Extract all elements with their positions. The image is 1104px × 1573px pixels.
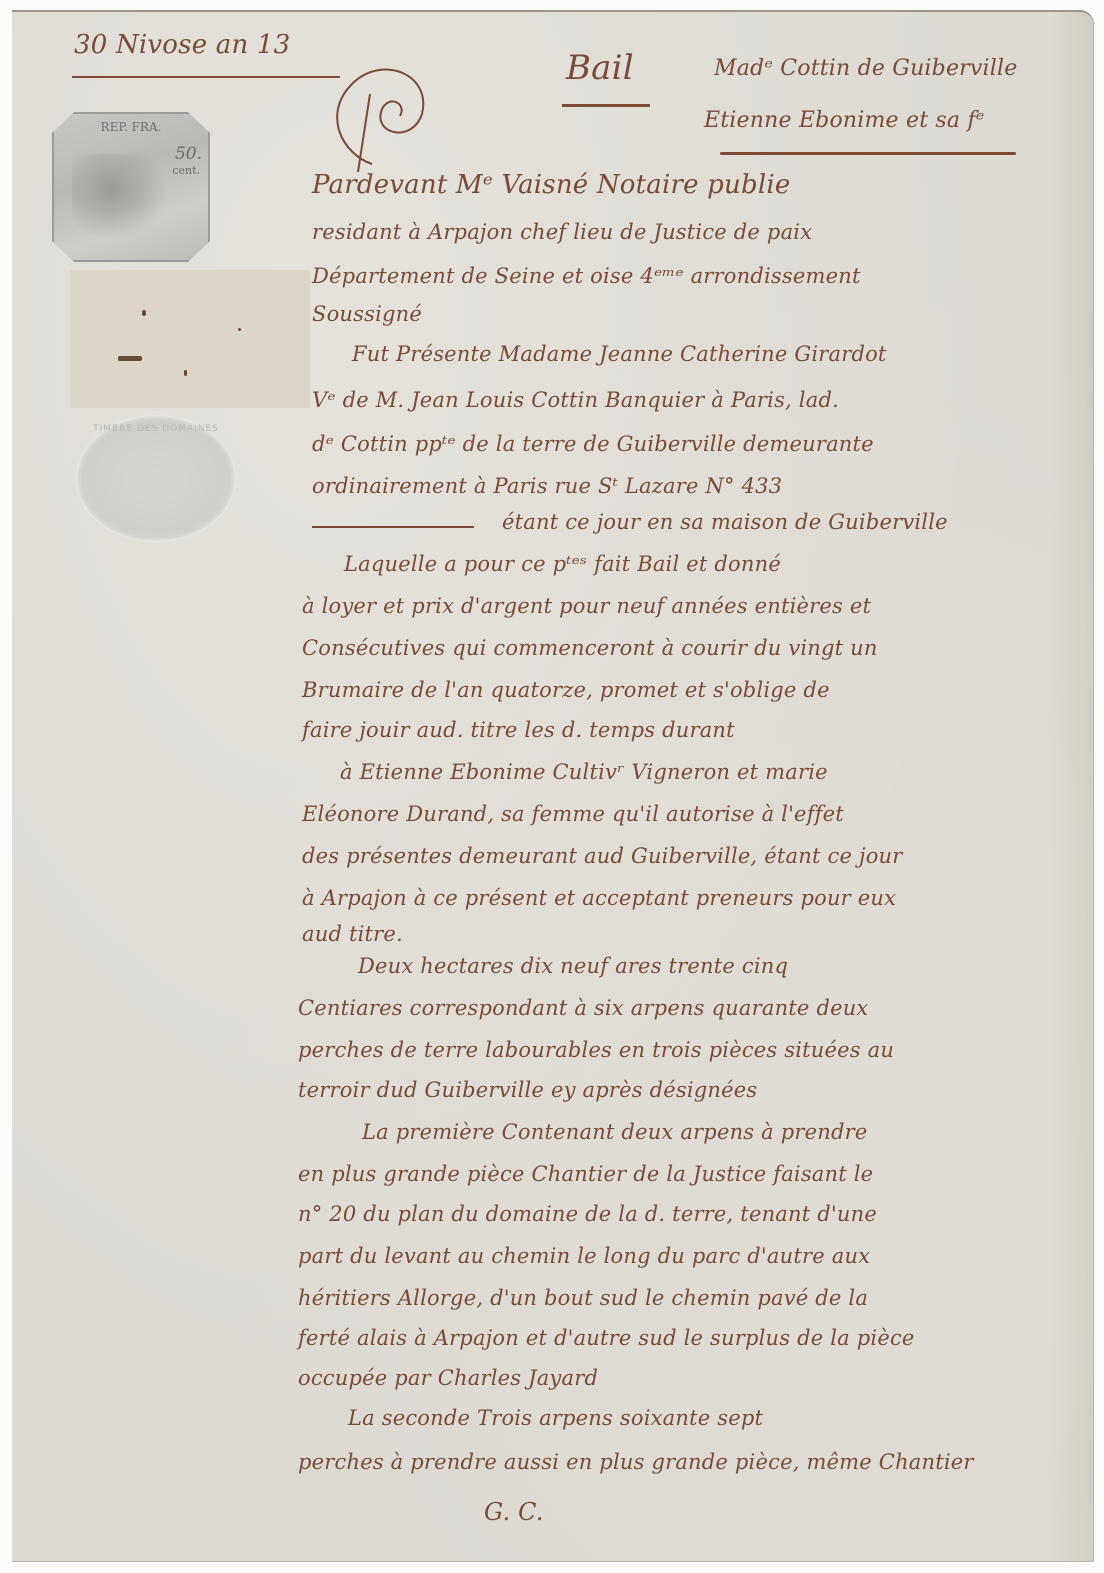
tax-stamp: REP. FRA. 50. cent. [52,112,210,262]
title-underline [562,104,650,107]
embossed-seal: TIMBRE DES DOMAINES [76,415,236,542]
stamp-value: 50. [175,144,202,164]
body-line: Soussigné [312,302,422,326]
body-line: étant ce jour en sa maison de Guibervill… [502,510,948,534]
body-line: Pardevant Mᵉ Vaisné Notaire publie [312,170,790,200]
body-line: n° 20 du plan du domaine de la d. terre,… [298,1202,877,1226]
initial-p-flourish-icon [312,54,452,174]
stamp-heading: REP. FRA. [54,120,208,134]
body-line: en plus grande pièce Chantier de la Just… [298,1162,873,1186]
body-line: à Arpajon à ce présent et acceptant pren… [302,886,896,910]
body-line: dᵉ Cottin ppᵗᵉ de la terre de Guibervill… [312,432,874,456]
blank-line-rule [312,526,474,528]
footer-initials: G. C. [484,1498,544,1526]
body-line: Brumaire de l'an quatorze, promet et s'o… [302,678,830,702]
body-line: à loyer et prix d'argent pour neuf année… [302,594,871,618]
body-line: perches de terre labourables en trois pi… [298,1038,894,1062]
body-line: à Etienne Ebonime Cultivʳ Vigneron et ma… [340,760,828,784]
redacted-area [70,270,310,408]
body-line: ordinairement à Paris rue Sᵗ Lazare N° 4… [312,474,782,498]
body-line: Deux hectares dix neuf ares trente cinq [358,954,788,978]
body-line: La seconde Trois arpens soixante sept [348,1406,763,1430]
body-line: Département de Seine et oise 4ᵉᵐᵉ arrond… [312,264,861,288]
body-line: Laquelle a pour ce pᵗᵉˢ fait Bail et don… [344,552,781,576]
body-line: perches à prendre aussi en plus grande p… [298,1450,974,1474]
document-title: Bail [566,48,634,88]
body-line: Centiares correspondant à six arpens qua… [298,996,868,1020]
parties-lessee: Etienne Ebonime et sa fᵉ [704,108,985,133]
document-page: 30 Nivose an 13 REP. FRA. 50. cent. TIMB… [12,10,1094,1562]
stamp-figure-icon [72,154,172,244]
body-line: part du levant au chemin le long du parc… [298,1244,870,1268]
body-line: des présentes demeurant aud Guiberville,… [302,844,903,868]
body-line: aud titre. [302,922,403,946]
body-line: ferté alais à Arpajon et d'autre sud le … [298,1326,915,1350]
body-line: Vᵉ de M. Jean Louis Cottin Banquier à Pa… [312,388,839,412]
body-line: faire jouir aud. titre les d. temps dura… [302,718,735,742]
body-line: terroir dud Guiberville ey après désigné… [298,1078,757,1102]
body-line: La première Contenant deux arpens à pren… [362,1120,868,1144]
body-line: Consécutives qui commenceront à courir d… [302,636,878,660]
body-line: Eléonore Durand, sa femme qu'il autorise… [302,802,844,826]
body-line: héritiers Allorge, d'un bout sud le chem… [298,1286,868,1310]
parties-lessor: Madᵉ Cottin de Guiberville [714,56,1017,81]
document-date: 30 Nivose an 13 [74,30,290,60]
body-line: Fut Présente Madame Jeanne Catherine Gir… [352,342,887,366]
stamp-unit: cent. [172,164,200,177]
parties-underline [720,152,1016,155]
body-line: residant à Arpajon chef lieu de Justice … [312,220,812,244]
date-underline [72,76,340,78]
body-line: occupée par Charles Jayard [298,1366,598,1390]
seal-text: TIMBRE DES DOMAINES [77,424,235,434]
